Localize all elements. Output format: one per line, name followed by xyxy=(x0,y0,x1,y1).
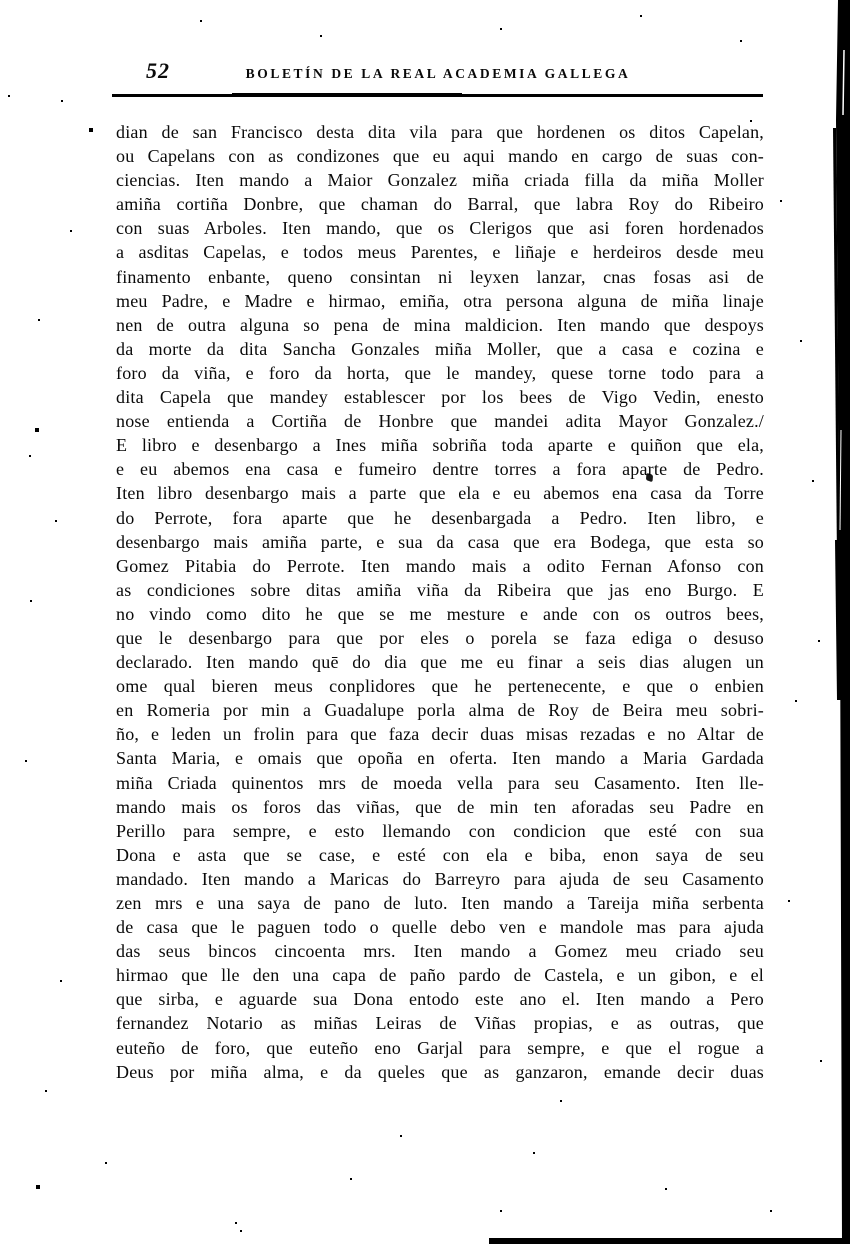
text-line: Perillo para sempre, e esto llemando con… xyxy=(116,819,764,843)
text-line: amiña cortiña Donbre, que chaman do Barr… xyxy=(116,192,764,216)
text-line: mando mais os foros das viñas, que de mi… xyxy=(116,795,764,819)
scanned-page: 52 BOLETÍN DE LA REAL ACADEMIA GALLEGA d… xyxy=(0,0,850,1244)
text-line: nen de outra alguna so pena de mina mald… xyxy=(116,313,764,337)
text-line: a asditas Capelas, e todos meus Parentes… xyxy=(116,240,764,264)
body-text: dian de san Francisco desta dita vila pa… xyxy=(116,120,764,1084)
text-line: euteño de foro, que euteño eno Garjal pa… xyxy=(116,1036,764,1060)
binding-shadow xyxy=(820,0,850,1244)
scan-speckles xyxy=(0,0,2,2)
text-line: fernandez Notario as miñas Leiras de Viñ… xyxy=(116,1011,764,1035)
header-rule xyxy=(112,94,763,97)
text-line: zen mrs e una saya de pano de luto. Iten… xyxy=(116,891,764,915)
text-line: dian de san Francisco desta dita vila pa… xyxy=(116,120,764,144)
text-line: ciencias. Iten mando a Maior Gonzalez mi… xyxy=(116,168,764,192)
text-line: declarado. Iten mando quē do dia que me … xyxy=(116,650,764,674)
text-line: Deus por miña alma, e da queles que as g… xyxy=(116,1060,764,1084)
text-line: hirmao que lle den una capa de paño pard… xyxy=(116,963,764,987)
text-line: nose entienda a Cortiña de Honbre que ma… xyxy=(116,409,764,433)
text-line: E libro e desenbargo a Ines miña sobriña… xyxy=(116,433,764,457)
text-line: do Perrote, fora aparte que he desenbarg… xyxy=(116,506,764,530)
text-line: mandado. Iten mando a Maricas do Barreyr… xyxy=(116,867,764,891)
text-line: ou Capelans con as condizones que eu aqu… xyxy=(116,144,764,168)
journal-title: BOLETÍN DE LA REAL ACADEMIA GALLEGA xyxy=(113,66,763,82)
text-line: que sirba, e aguarde sua Dona entodo est… xyxy=(116,987,764,1011)
text-line: meu Padre, e Madre e hirmao, emiña, otra… xyxy=(116,289,764,313)
text-line: en Romeria por min a Guadalupe porla alm… xyxy=(116,698,764,722)
text-line: das seus bincos cincoenta mrs. Iten mand… xyxy=(116,939,764,963)
text-line: Gomez Pitabia do Perrote. Iten mando mai… xyxy=(116,554,764,578)
text-line: Santa Maria, e omais que opoña en oferta… xyxy=(116,746,764,770)
text-line: dita Capela que mandey establescer por l… xyxy=(116,385,764,409)
text-line: as condiciones sobre ditas amiña viña da… xyxy=(116,578,764,602)
text-line: e eu abemos ena casa e fumeiro dentre to… xyxy=(116,457,764,481)
text-line: ome qual bieren meus conplidores que he … xyxy=(116,674,764,698)
text-line: desenbargo mais amiña parte, e sua da ca… xyxy=(116,530,764,554)
text-line: ño, e leden un frolin para que faza deci… xyxy=(116,722,764,746)
text-line: da morte da dita Sancha Gonzales miña Mo… xyxy=(116,337,764,361)
text-line: Dona e asta que se case, e esté con ela … xyxy=(116,843,764,867)
text-line: de casa que le paguen todo o quelle debo… xyxy=(116,915,764,939)
text-line: no vindo como dito he que se me mesture … xyxy=(116,602,764,626)
text-line: finamento enbante, queno consintan ni le… xyxy=(116,265,764,289)
scan-edge-bottom xyxy=(489,1238,850,1244)
text-line: que le desenbargo para que por eles o po… xyxy=(116,626,764,650)
text-line: Iten libro desenbargo mais a parte que e… xyxy=(116,481,764,505)
text-line: con suas Arboles. Iten mando, que os Cle… xyxy=(116,216,764,240)
text-line: foro da viña, e foro da horta, que le ma… xyxy=(116,361,764,385)
text-line: miña Criada quinentos mrs de moeda vella… xyxy=(116,771,764,795)
